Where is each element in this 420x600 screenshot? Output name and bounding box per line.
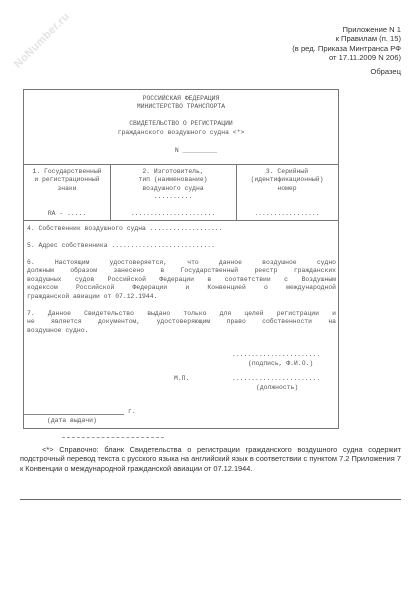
- column-label: ..........: [110, 193, 236, 201]
- statement-line: кодексом Российской Федерации и Конвенци…: [27, 284, 336, 292]
- watermark: NoNumber.ru: [12, 10, 72, 70]
- stamp-label: М.П.: [174, 375, 189, 382]
- owner-address-field: 5. Адрес собственника ..................…: [27, 242, 215, 249]
- column-registration-marks: 1. Государственный и регистрационный зна…: [24, 164, 111, 220]
- ownership-disclaimer: 7. Данное Свидетельство выдано только дл…: [27, 310, 336, 335]
- sample-label: Образец: [370, 67, 401, 76]
- statement-line: должным образом занесено в Государственн…: [27, 267, 336, 275]
- signature-caption: (подпись, Ф.И.О.): [248, 360, 313, 367]
- column-label: знаки: [24, 185, 110, 193]
- registration-columns: 1. Государственный и регистрационный зна…: [24, 164, 338, 221]
- column-label: и регистрационный: [24, 176, 110, 184]
- serial-number-value: .................: [236, 210, 338, 218]
- footnote: <*> Справочно: бланк Свидетельства о рег…: [20, 445, 401, 473]
- column-label: 2. Изготовитель,: [110, 168, 236, 176]
- bottom-divider: [20, 499, 401, 500]
- column-manufacturer: 2. Изготовитель, тип (наименование) возд…: [110, 164, 237, 220]
- registration-marks-value: RA - .....: [24, 210, 110, 218]
- certificate-heading: РОССИЙСКАЯ ФЕДЕРАЦИЯ МИНИСТЕРСТВО ТРАНСП…: [24, 90, 338, 165]
- certificate-title: СВИДЕТЕЛЬСТВО О РЕГИСТРАЦИИ: [24, 120, 338, 127]
- position-caption: (должность): [256, 384, 298, 391]
- registration-statement: 6. Настоящим удостоверяется, что данное …: [27, 259, 336, 301]
- certificate-subtitle: гражданского воздушного судна <*>: [24, 129, 338, 136]
- column-label: (идентификационный): [236, 176, 338, 184]
- statement-line: воздушных судов Российской Федерации в с…: [27, 276, 336, 284]
- statement-line: гражданской авиации от 07.12.1944.: [27, 293, 336, 301]
- appendix-line: Приложение N 1: [292, 25, 401, 34]
- certificate-number: N _________: [54, 147, 338, 154]
- disclaimer-line: не является документом, удостоверяющим п…: [27, 318, 336, 326]
- owner-field: 4. Собственник воздушного судна ........…: [27, 225, 223, 232]
- footnote-separator: [62, 437, 164, 438]
- signature-line: .......................: [232, 351, 320, 358]
- year-suffix: г.: [128, 408, 136, 415]
- appendix-line: (в ред. Приказа Минтранса РФ: [292, 44, 401, 53]
- appendix-line: к Правилам (п. 15): [292, 34, 401, 43]
- issue-date-caption: (дата выдачи): [47, 417, 97, 424]
- certificate-form: РОССИЙСКАЯ ФЕДЕРАЦИЯ МИНИСТЕРСТВО ТРАНСП…: [23, 89, 339, 429]
- appendix-header: Приложение N 1 к Правилам (п. 15) (в ред…: [292, 25, 401, 62]
- disclaimer-line: воздушное судно.: [27, 327, 336, 335]
- appendix-line: от 17.11.2009 N 206): [292, 53, 401, 62]
- column-serial-number: 3. Серийный (идентификационный) номер ..…: [236, 164, 338, 220]
- position-line: .......................: [232, 375, 320, 382]
- federation-title: РОССИЙСКАЯ ФЕДЕРАЦИЯ: [24, 95, 338, 102]
- ministry-title: МИНИСТЕРСТВО ТРАНСПОРТА: [24, 103, 338, 110]
- footnote-text: <*> Справочно: бланк Свидетельства о рег…: [20, 445, 401, 473]
- column-label: номер: [236, 185, 338, 193]
- manufacturer-value: ......................: [110, 210, 236, 218]
- column-label: тип (наименование): [110, 176, 236, 184]
- column-label: воздушного судна: [110, 185, 236, 193]
- issue-date-line: [24, 414, 124, 415]
